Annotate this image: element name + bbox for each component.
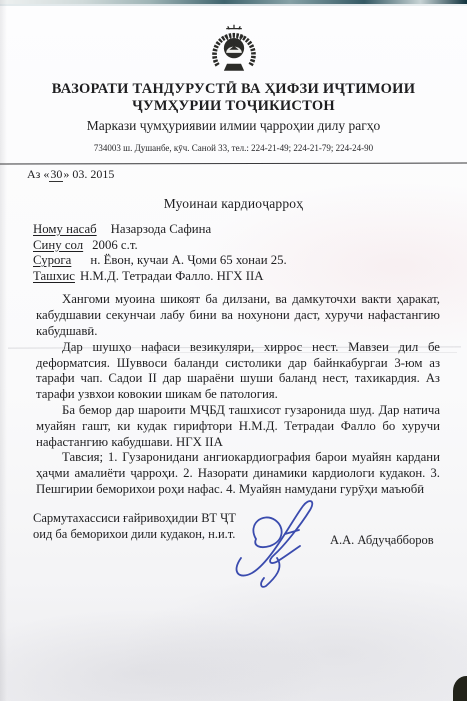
tajikistan-emblem-icon — [209, 24, 259, 77]
scanner-top-edge-artifact-2 — [0, 4, 467, 6]
ministry-name-line1: ВАЗОРАТИ ТАНДУРУСТӢ ВА ҲИФЗИ ИҶТИМОИИ — [0, 81, 467, 98]
ministry-name-line2: ҶУМҲУРИИ ТОҶИКИСТОН — [0, 98, 467, 115]
document-title: Муоинаи кардиоҷарроҳ — [0, 196, 467, 212]
field-value: 2006 с.т. — [92, 238, 138, 252]
letterhead: ВАЗОРАТИ ТАНДУРУСТӢ ВА ҲИФЗИ ИҶТИМОИИ ҶУ… — [0, 0, 467, 154]
field-value: н. Ёвон, кучаи А. Ҷоми 65 хонаи 25. — [90, 253, 286, 267]
field-value: Назарзода Сафина — [111, 222, 212, 236]
date-line: Аз «30» 03. 2015 — [27, 167, 467, 182]
patient-fields: Ному насабНазарзода Сафина Сину сол2006 … — [33, 222, 467, 284]
field-age: Сину сол2006 с.т. — [33, 238, 467, 254]
signature-ink-icon — [225, 494, 335, 590]
signer-name: А.А. Абдуҷабборов — [330, 532, 434, 548]
date-suffix: » 03. 2015 — [63, 167, 114, 181]
date-prefix: Аз « — [27, 167, 49, 181]
address-line: 734003 ш. Душанбе, кӯч. Саной 33, тел.: … — [0, 142, 467, 154]
scan-left-edge-shadow — [0, 0, 7, 701]
field-value: Н.М.Д. Тетрадаи Фалло. НГХ IIА — [80, 269, 264, 283]
date-day: 30 — [49, 167, 63, 182]
center-name: Маркази ҷумҳуриявии илмии ҷарроҳии дилу … — [0, 117, 467, 134]
field-address: Суроган. Ёвон, кучаи А. Ҷоми 65 хонаи 25… — [33, 253, 467, 269]
letterhead-divider — [0, 163, 467, 165]
field-label: Сину сол — [33, 238, 83, 252]
paragraph-examination: Дар шушҳо нафаси везикуляри, хиррос нест… — [36, 340, 440, 403]
signature-block: Сармутахассиси ғайривоҳидии ВТ ҶТ оид ба… — [33, 510, 467, 610]
field-label: Ному насаб — [33, 222, 97, 236]
paragraph-recommendations: Тавсия; 1. Гузаронидани ангиокардиографи… — [36, 450, 440, 497]
field-diagnosis: ТашхисН.М.Д. Тетрадаи Фалло. НГХ IIА — [33, 269, 467, 285]
paragraph-complaints: Хангоми муоина шикоят ба дилзани, ва дам… — [36, 292, 440, 339]
field-name-surname: Ному насабНазарзода Сафина — [33, 222, 467, 238]
field-label: Сурога — [33, 253, 71, 267]
scan-corner-artifact — [453, 676, 467, 701]
scanned-document-page: ВАЗОРАТИ ТАНДУРУСТӢ ВА ҲИФЗИ ИҶТИМОИИ ҶУ… — [0, 0, 467, 701]
paragraph-conclusion: Ба бемор дар шароити МҶБД ташхисот гузар… — [36, 403, 440, 450]
paper-fold-crease-2 — [150, 352, 457, 353]
field-label: Ташхис — [33, 269, 75, 283]
